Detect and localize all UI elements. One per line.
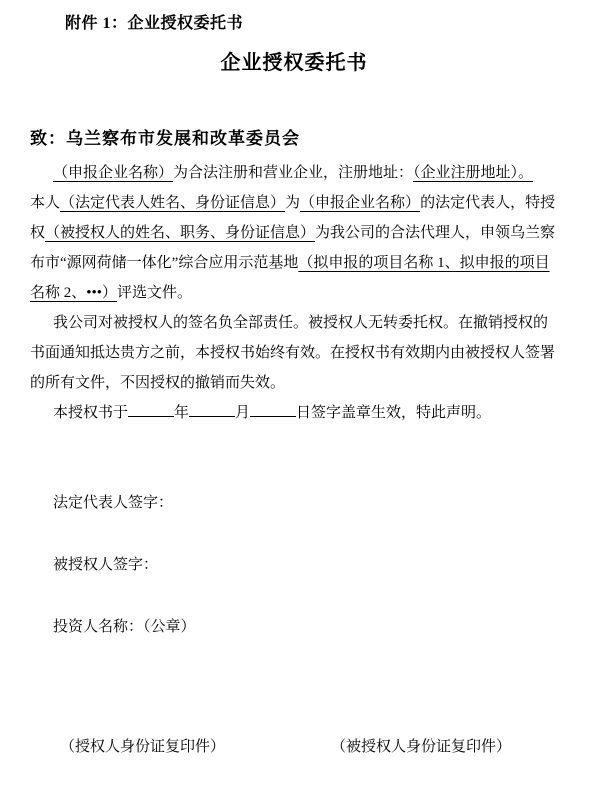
- year-label: 年: [174, 405, 189, 421]
- month-blank: [189, 402, 235, 417]
- id-copy-row: （授权人身份证复印件） （被授权人身份证复印件）: [30, 732, 558, 762]
- month-label: 月: [235, 405, 250, 421]
- effective-date-line: 本授权书于年月日签字盖章生效，特此声明。: [30, 398, 558, 428]
- investor-name-label: 投资人名称：（公章）: [53, 612, 558, 642]
- text-line: 书面通知抵达贵方之前，本授权书始终有效。在授权书有效期内由被授权人签署: [30, 338, 558, 368]
- underlined-field-company-name: （申报企业名称）: [300, 195, 420, 211]
- legal-representative-signature-label: 法定代表人签字：: [53, 488, 558, 518]
- underlined-field-company-name: （申报企业名称）: [53, 165, 173, 181]
- text-line: 布市“源网荷储一体化”综合应用示范基地（拟申报的项目名称 1、拟申报的项目: [30, 248, 558, 278]
- responsibility-paragraph: 我公司对被授权人的签名负全部责任。被授权人无转委托权。在撤销授权的 书面通知抵达…: [30, 308, 558, 398]
- underlined-field-project-names: （拟申报的项目名称 1、拟申报的项目: [298, 255, 549, 271]
- signature-block: 法定代表人签字： 被授权人签字： 投资人名称：（公章）: [30, 488, 558, 642]
- addressee-line: 致：乌兰察布市发展和改革委员会: [30, 126, 558, 152]
- year-blank: [128, 402, 174, 417]
- attachment-heading: 附件 1：企业授权委托书: [65, 12, 558, 36]
- text-segment: 布市“源网荷储一体化”综合应用示范基地: [30, 255, 298, 271]
- text-segment: 评选文件。: [117, 285, 192, 301]
- underlined-field-project-names: 名称 2、•••）: [30, 285, 117, 301]
- text-segment: 为: [285, 195, 300, 211]
- text-segment: 本人: [30, 195, 60, 211]
- text-segment: 本授权书于: [53, 405, 128, 421]
- authorized-person-signature-label: 被授权人签字：: [53, 550, 558, 580]
- authorization-paragraph: （申报企业名称）为合法注册和营业企业，注册地址：（企业注册地址）。 本人（法定代…: [30, 158, 558, 308]
- text-segment: 权: [30, 225, 45, 241]
- underlined-field-authorized-person-info: （被授权人的姓名、职务、身份证信息）: [45, 225, 315, 241]
- text-segment: 日签字盖章生效，特此声明。: [296, 405, 491, 421]
- underlined-field-legal-rep-info: （法定代表人姓名、身份证信息）: [60, 195, 285, 211]
- text-line: 权（被授权人的姓名、职务、身份证信息）为我公司的合法代理人，申领乌兰察: [30, 218, 558, 248]
- document-title: 企业授权委托书: [30, 50, 558, 76]
- underlined-field-company-address: （企业注册地址）。: [413, 165, 533, 181]
- authorizer-id-copy-label: （授权人身份证复印件）: [60, 732, 225, 762]
- document-page: 附件 1：企业授权委托书 企业授权委托书 致：乌兰察布市发展和改革委员会 （申报…: [0, 0, 593, 800]
- document-body: （申报企业名称）为合法注册和营业企业，注册地址：（企业注册地址）。 本人（法定代…: [30, 158, 558, 428]
- text-line: 本人（法定代表人姓名、身份证信息）为（申报企业名称）的法定代表人，特授: [30, 188, 558, 218]
- text-line: 我公司对被授权人的签名负全部责任。被授权人无转委托权。在撤销授权的: [30, 308, 558, 338]
- text-line: 名称 2、•••）评选文件。: [30, 278, 558, 308]
- text-segment: 的法定代表人，特授: [420, 195, 555, 211]
- day-blank: [250, 402, 296, 417]
- authorized-person-id-copy-label: （被授权人身份证复印件）: [331, 732, 511, 762]
- text-line: 的所有文件，不因授权的撤销而失效。: [30, 368, 558, 398]
- text-line: （申报企业名称）为合法注册和营业企业，注册地址：（企业注册地址）。: [30, 158, 558, 188]
- text-segment: 为合法注册和营业企业，注册地址：: [173, 165, 413, 181]
- text-segment: 为我公司的合法代理人，申领乌兰察: [315, 225, 555, 241]
